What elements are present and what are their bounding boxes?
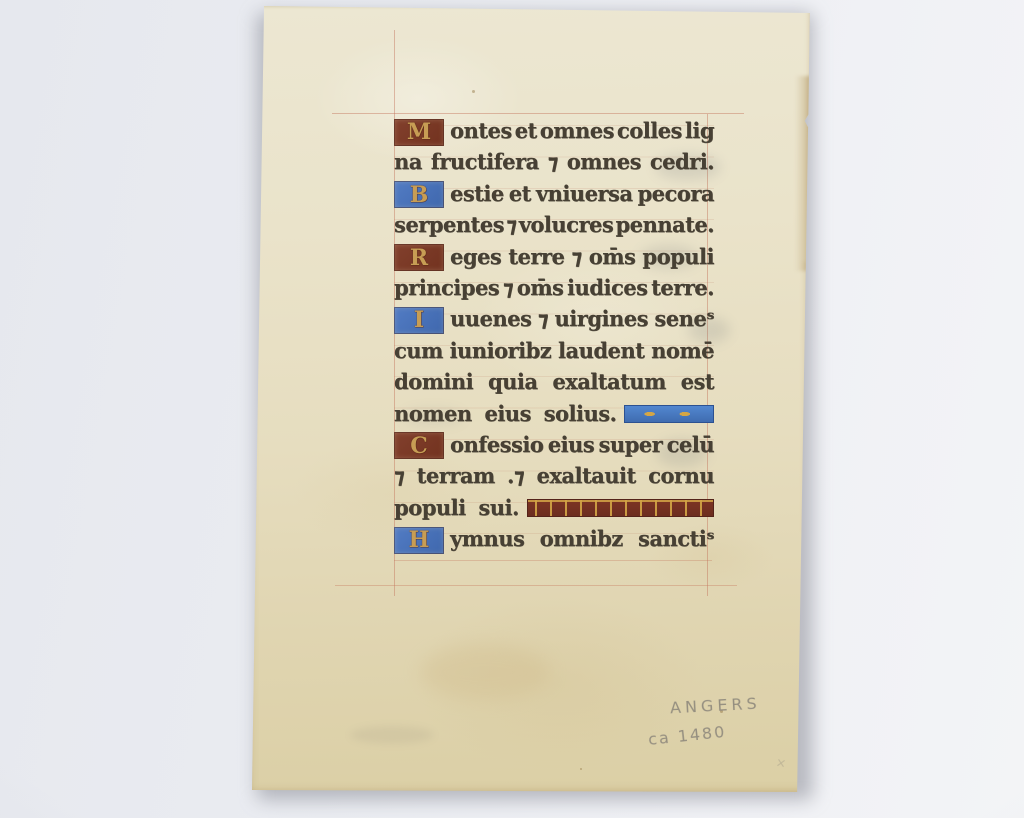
- manuscript-line: nomen eius solius.: [394, 399, 714, 430]
- erased-pencil-smudge: [350, 726, 434, 744]
- line-text: nafructifera⁊omnescedri.: [394, 147, 714, 177]
- line-text: uuenes⁊uirginesseneˢ: [450, 304, 714, 334]
- manuscript-leaf: Montesetomnescolleslignafructifera⁊omnes…: [250, 4, 812, 794]
- manuscript-line: Hymnusomnibzsanctiˢ: [394, 524, 714, 555]
- manuscript-line: dominiquiaexaltatumest: [394, 367, 714, 398]
- illuminated-initial: M: [394, 119, 444, 146]
- ruling-top-horizontal: [332, 113, 744, 114]
- pencil-annotation-place: ANGERS: [670, 694, 762, 718]
- ruling-bottom-horizontal: [335, 585, 737, 586]
- manuscript-line: principes⁊om̄siudicesterre.: [394, 273, 714, 304]
- line-text: populi sui.: [394, 493, 519, 523]
- pencil-x-mark: ×: [775, 755, 787, 771]
- line-text: estieetvniuersapecora: [450, 179, 714, 209]
- line-text: egesterre⁊om̄spopuli: [450, 242, 714, 272]
- manuscript-line: Montesetomnescolleslig: [394, 116, 714, 147]
- illuminated-initial: R: [394, 244, 444, 271]
- illuminated-initial: H: [394, 527, 444, 554]
- manuscript-line: serpentes⁊volucrespennate.: [394, 210, 714, 241]
- manuscript-line: Bestieetvniuersapecora: [394, 179, 714, 210]
- manuscript-line: populi sui.: [394, 493, 714, 524]
- vellum-speck: [580, 768, 582, 770]
- illuminated-initial: B: [394, 181, 444, 208]
- line-text: onfessioeiussupercelū: [450, 430, 714, 460]
- text-block: Montesetomnescolleslignafructifera⁊omnes…: [394, 116, 714, 555]
- line-text: ymnusomnibzsanctiˢ: [450, 524, 714, 554]
- pencil-annotation-date: ca 1480: [647, 722, 727, 749]
- line-text: serpentes⁊volucrespennate.: [394, 210, 714, 240]
- line-text: ontesetomnescolleslig: [450, 116, 714, 146]
- illuminated-initial: C: [394, 432, 444, 459]
- line-filler-blue: [624, 405, 714, 423]
- line-text: dominiquiaexaltatumest: [394, 367, 714, 397]
- manuscript-line: Regesterre⁊om̄spopuli: [394, 242, 714, 273]
- illuminated-initial: I: [394, 307, 444, 334]
- line-text: ⁊terram.⁊exaltauitcornu: [394, 461, 714, 491]
- line-text: principes⁊om̄siudicesterre.: [394, 273, 714, 303]
- photo-background: Montesetomnescolleslignafructifera⁊omnes…: [0, 0, 1024, 818]
- vellum-speck: [472, 90, 475, 93]
- vellum-stain: [420, 644, 550, 700]
- manuscript-line: Confessioeiussupercelū: [394, 430, 714, 461]
- manuscript-line: Iuuenes⁊uirginesseneˢ: [394, 304, 714, 335]
- manuscript-line: nafructifera⁊omnescedri.: [394, 147, 714, 178]
- manuscript-line: cumiunioribzlaudentnomē: [394, 336, 714, 367]
- manuscript-line: ⁊terram.⁊exaltauitcornu: [394, 461, 714, 492]
- ruling-below-text-horizontal: [394, 560, 712, 561]
- line-text: nomen eius solius.: [394, 399, 616, 429]
- line-text: cumiunioribzlaudentnomē: [394, 336, 714, 366]
- line-filler-red: [527, 499, 714, 517]
